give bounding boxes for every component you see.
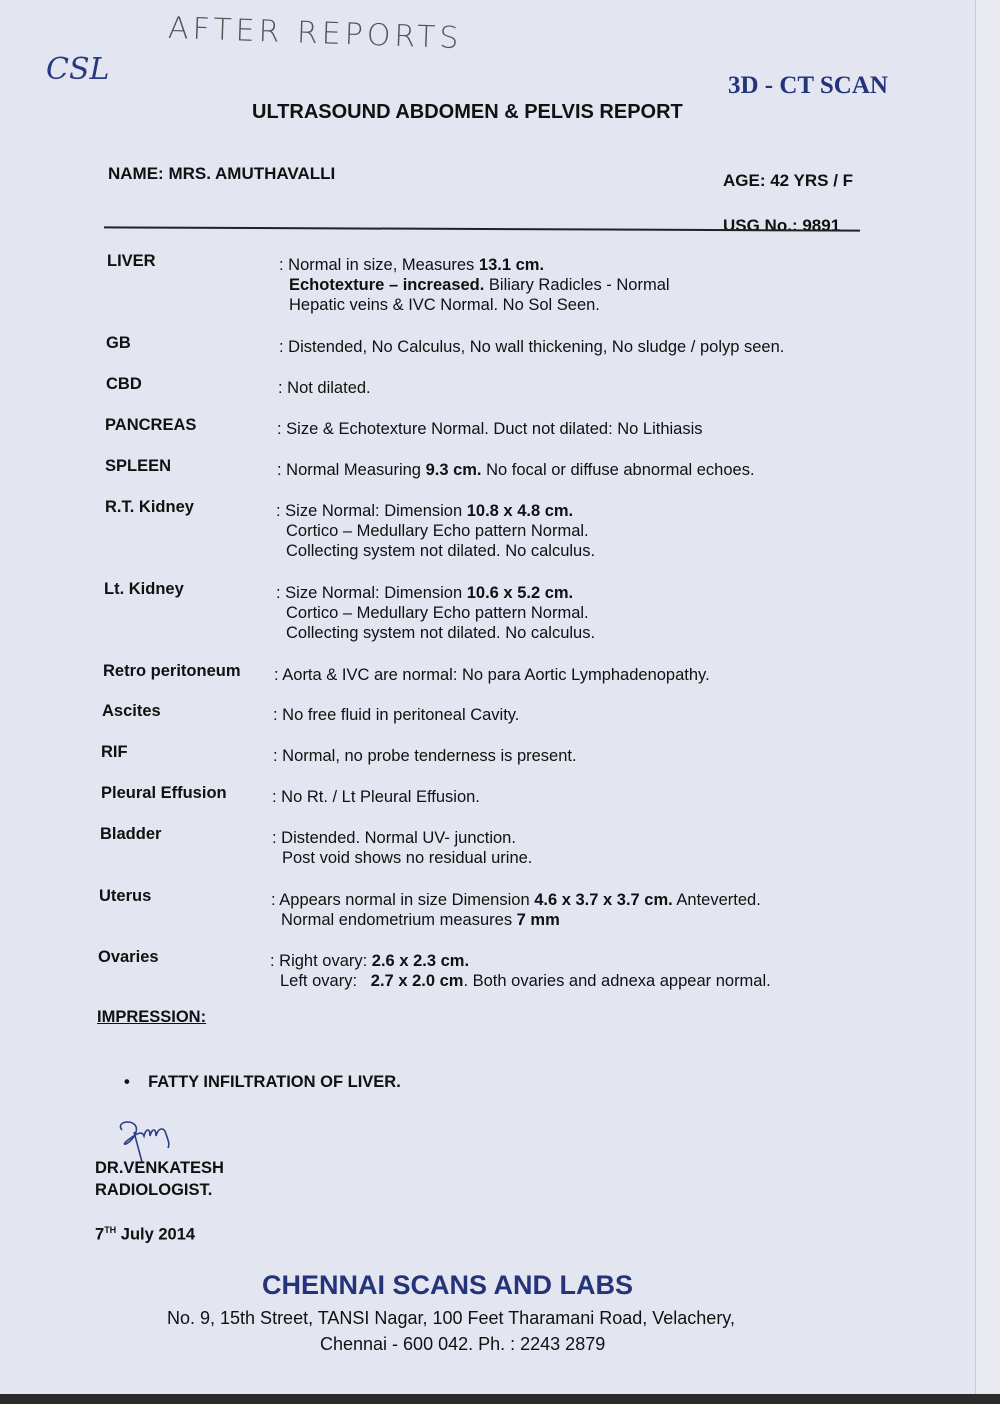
- doctor-role: RADIOLOGIST.: [95, 1180, 212, 1201]
- usg-number: USG No.: 9891: [723, 216, 840, 236]
- finding-label: PANCREAS: [105, 416, 196, 435]
- finding-label: GB: [106, 334, 131, 353]
- finding-label: Ovaries: [98, 948, 159, 967]
- report-date: 7TH July 2014: [95, 1220, 195, 1246]
- finding-value: : Distended. Normal UV- junction.Post vo…: [272, 828, 532, 868]
- finding-value: : No Rt. / Lt Pleural Effusion.: [272, 787, 480, 807]
- paper-edge: [975, 0, 1000, 1394]
- handwritten-annotation: AFTER REPORTS: [167, 11, 462, 56]
- finding-label: Bladder: [100, 825, 161, 844]
- impression-heading: IMPRESSION:: [97, 1008, 206, 1027]
- service-tag: 3D - CT SCAN: [728, 72, 888, 100]
- finding-label: SPLEEN: [105, 457, 171, 476]
- finding-label: LIVER: [107, 252, 156, 271]
- finding-label: CBD: [106, 375, 142, 394]
- finding-value: : Aorta & IVC are normal: No para Aortic…: [274, 665, 710, 685]
- report-page: AFTER REPORTS CSL 3D - CT SCAN ULTRASOUN…: [0, 0, 975, 1394]
- finding-label: R.T. Kidney: [105, 498, 194, 517]
- finding-label: Ascites: [102, 702, 161, 721]
- finding-value: : Not dilated.: [278, 378, 371, 398]
- doctor-name: DR.VENKATESH: [95, 1158, 224, 1179]
- finding-label: Uterus: [99, 887, 151, 906]
- finding-value: : Size & Echotexture Normal. Duct not di…: [277, 419, 703, 439]
- footer-org: CHENNAI SCANS AND LABS: [262, 1270, 633, 1301]
- finding-value: : Size Normal: Dimension 10.6 x 5.2 cm.C…: [276, 583, 595, 643]
- finding-label: Pleural Effusion: [101, 784, 227, 803]
- patient-age: AGE: 42 YRS / F: [723, 171, 853, 191]
- finding-label: Retro peritoneum: [103, 662, 241, 681]
- impression-text: FATTY INFILTRATION OF LIVER.: [148, 1073, 401, 1091]
- patient-name: NAME: MRS. AMUTHAVALLI: [108, 164, 335, 184]
- footer-address: No. 9, 15th Street, TANSI Nagar, 100 Fee…: [167, 1308, 735, 1329]
- footer-contact: Chennai - 600 042. Ph. : 2243 2879: [320, 1334, 605, 1355]
- finding-value: : Appears normal in size Dimension 4.6 x…: [271, 890, 761, 930]
- finding-value: : Right ovary: 2.6 x 2.3 cm.Left ovary: …: [270, 951, 771, 991]
- finding-label: RIF: [101, 743, 128, 762]
- impression-item: • FATTY INFILTRATION OF LIVER.: [124, 1073, 401, 1092]
- finding-value: : Normal in size, Measures 13.1 cm.Echot…: [279, 255, 670, 315]
- logo: CSL: [46, 52, 109, 87]
- finding-value: : Normal, no probe tenderness is present…: [273, 746, 577, 766]
- report-title: ULTRASOUND ABDOMEN & PELVIS REPORT: [252, 101, 683, 124]
- finding-value: : Normal Measuring 9.3 cm. No focal or d…: [277, 460, 755, 480]
- finding-value: : Size Normal: Dimension 10.8 x 4.8 cm.C…: [276, 501, 595, 561]
- finding-label: Lt. Kidney: [104, 580, 184, 599]
- finding-value: : No free fluid in peritoneal Cavity.: [273, 705, 519, 725]
- finding-value: : Distended, No Calculus, No wall thicke…: [279, 337, 784, 357]
